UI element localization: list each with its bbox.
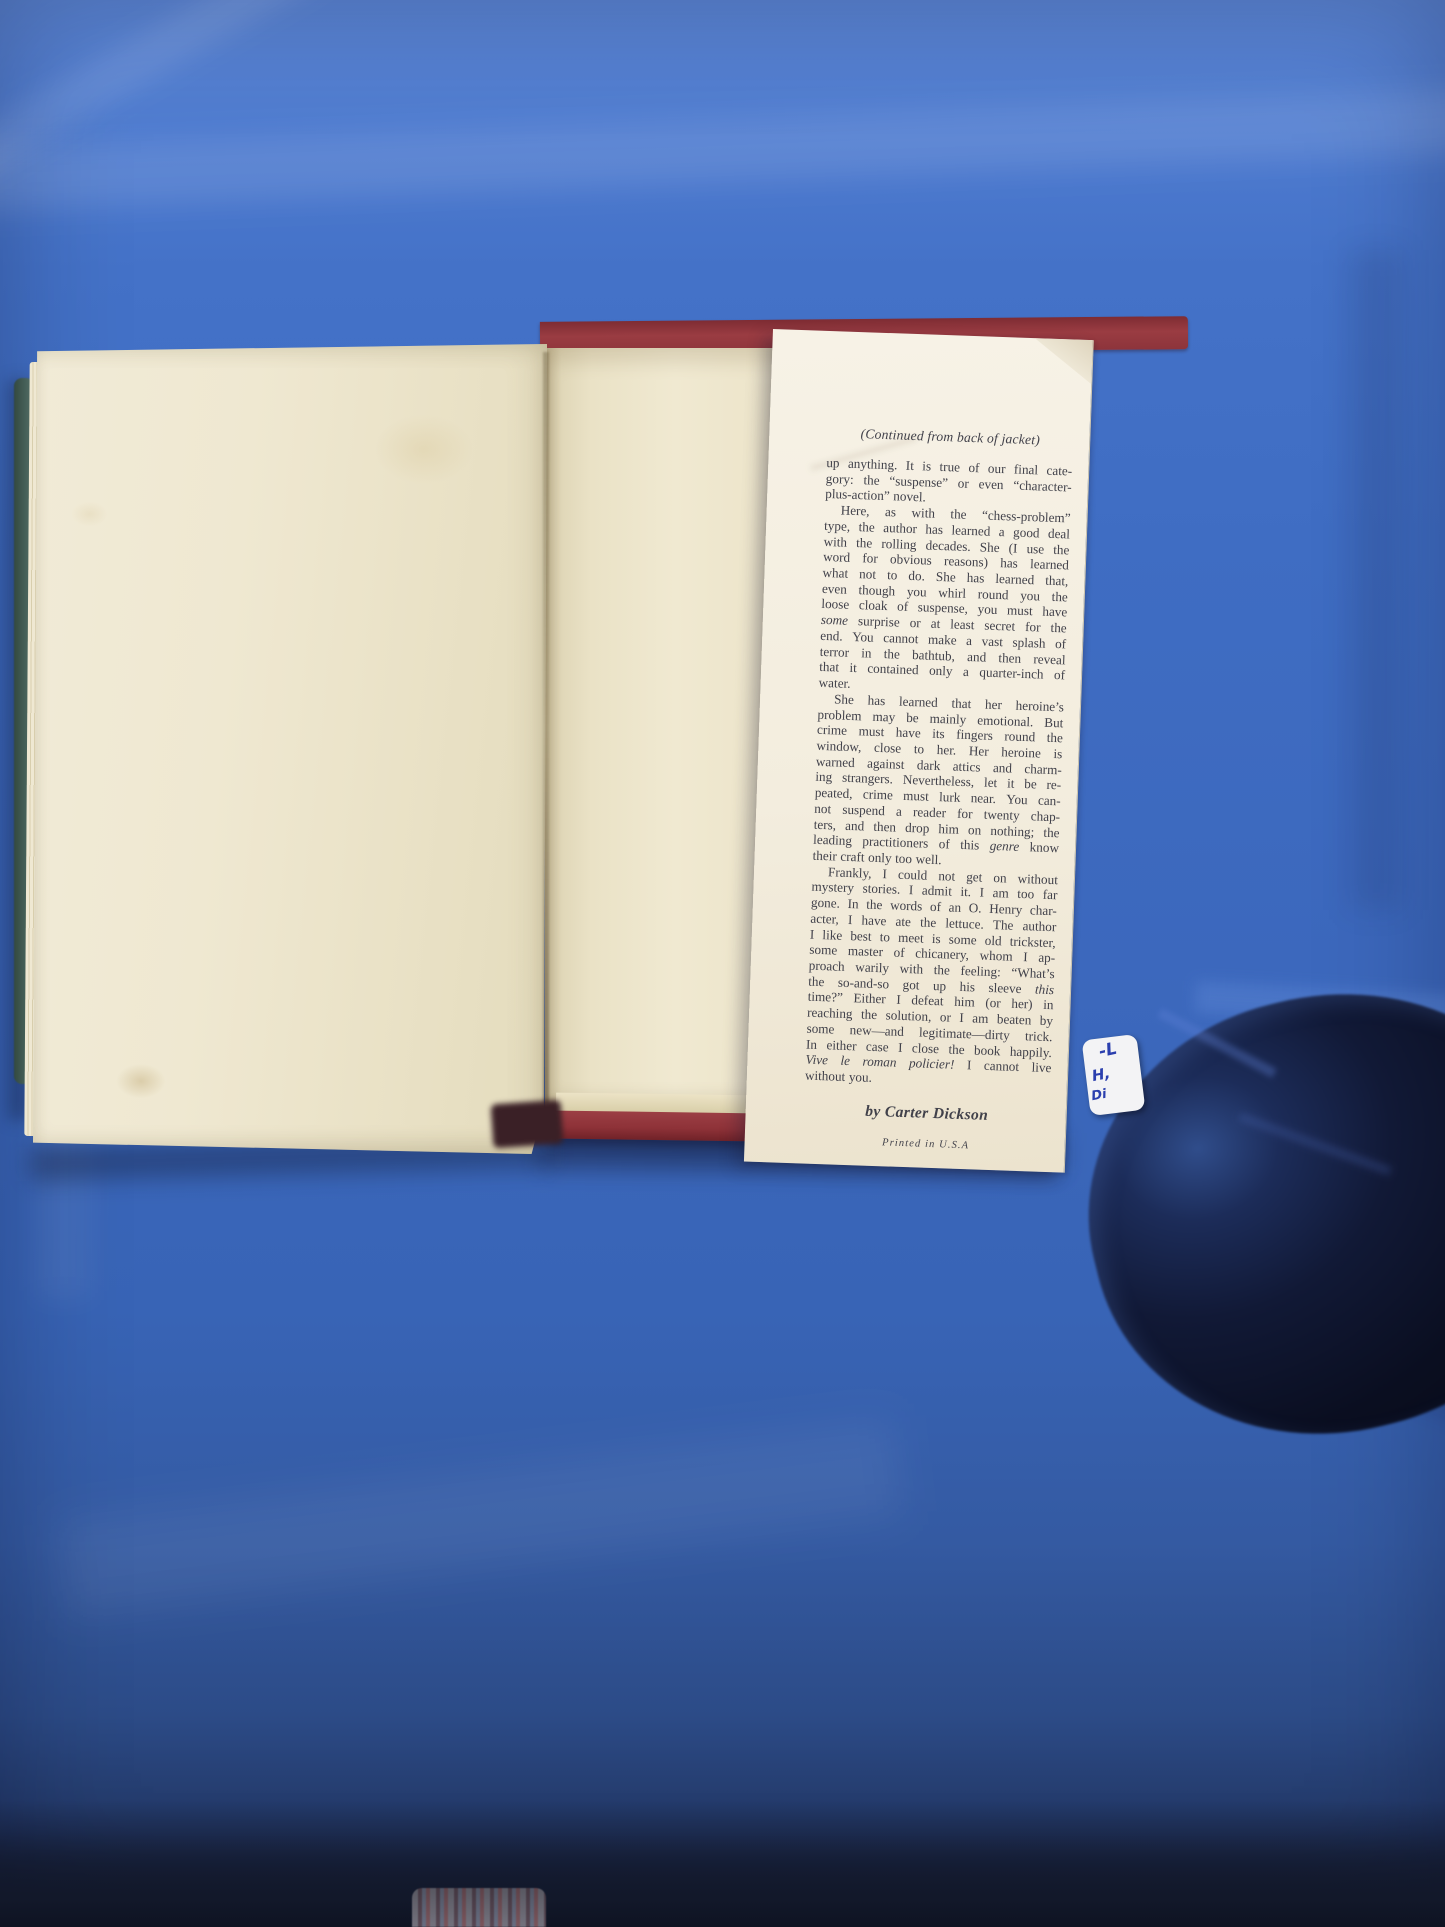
- photo-scene: (Continued from back of jacket) upanythi…: [0, 0, 1445, 1927]
- flap-header: (Continued from back of jacket): [827, 331, 1077, 451]
- cloth-fold-top: [0, 87, 1445, 212]
- flap-byline: by Carter Dickson: [803, 1100, 1049, 1127]
- cloth-dark-band: [0, 1800, 1445, 1927]
- sticky-note-line: Di: [1090, 1087, 1108, 1104]
- left-page: [33, 344, 547, 1154]
- corner-shadow: [491, 1100, 564, 1149]
- cloth-fold-right: [1350, 250, 1402, 910]
- flap-paragraphs: upanything.Itistrueofourfinalcate-gory:t…: [805, 455, 1073, 1092]
- cloth-fold-topleft: [0, 0, 333, 190]
- cloth-sheen-bottom: [57, 1419, 902, 1617]
- sticky-note-line: -L: [1097, 1039, 1119, 1063]
- sticky-note-line: H,: [1090, 1064, 1111, 1085]
- jacket-flap: (Continued from back of jacket) upanythi…: [744, 329, 1094, 1173]
- flap-printed-note: Printed in U.S.A: [803, 1134, 1049, 1154]
- page-gutter-line: [543, 352, 549, 1104]
- glass-object: [1045, 942, 1445, 1484]
- sticky-note: -L H, Di: [1082, 1034, 1146, 1116]
- flap-text-column: (Continued from back of jacket) upanythi…: [803, 331, 1077, 1154]
- fabric-trim: [412, 1888, 546, 1927]
